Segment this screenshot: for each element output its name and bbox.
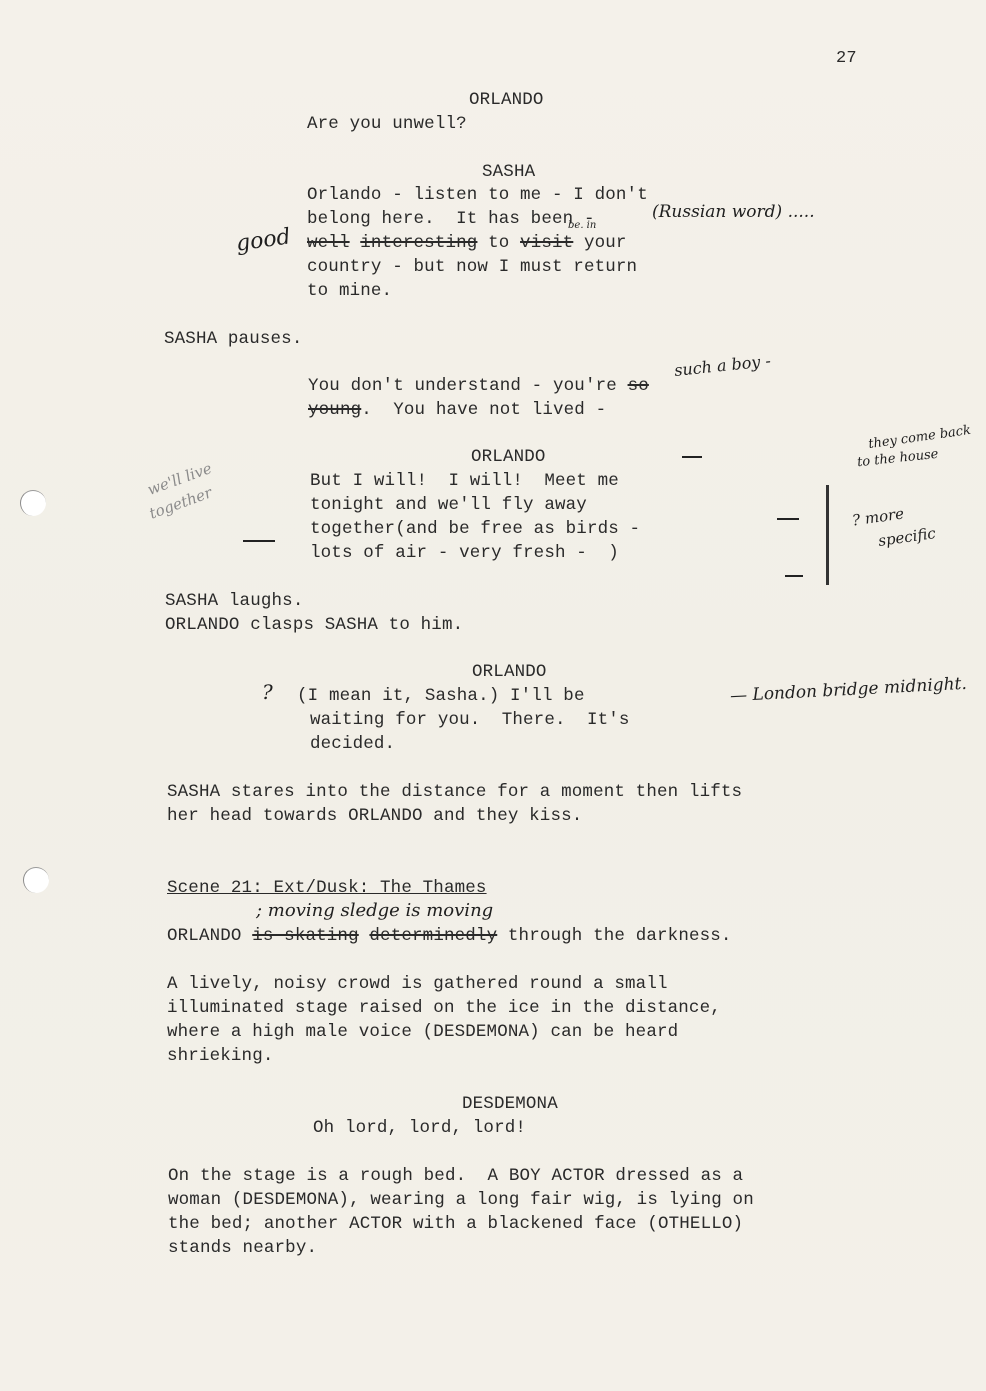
margin-dash xyxy=(243,540,275,542)
action-line: the bed; another ACTOR with a blackened … xyxy=(168,1212,743,1236)
dialogue-line: together(and be free as birds - xyxy=(310,517,640,541)
struck-word: well xyxy=(307,233,350,253)
dialogue-line: country - but now I must return xyxy=(307,255,637,279)
scene-heading: Scene 21: Ext/Dusk: The Thames xyxy=(167,876,487,900)
action-line: her head towards ORLANDO and they kiss. xyxy=(167,804,582,828)
text-fragment: . You have not lived - xyxy=(361,400,606,420)
punch-hole-top xyxy=(20,490,46,516)
action-line: shrieking. xyxy=(167,1044,274,1068)
dialogue-line: Oh lord, lord, lord! xyxy=(313,1116,526,1140)
handwritten-note: be. in xyxy=(568,220,596,231)
action-line: SASHA pauses. xyxy=(164,327,302,351)
struck-word: young xyxy=(308,400,361,420)
text-fragment: You don't understand - you're xyxy=(308,376,628,396)
action-line: illuminated stage raised on the ice in t… xyxy=(167,996,721,1020)
action-line: stands nearby. xyxy=(168,1236,317,1260)
action-line: woman (DESDEMONA), wearing a long fair w… xyxy=(168,1188,754,1212)
struck-word: is skating xyxy=(252,926,359,946)
character-name: DESDEMONA xyxy=(462,1092,558,1116)
dialogue-line: lots of air - very fresh - ) xyxy=(310,541,619,565)
dialogue-line: Are you unwell? xyxy=(307,112,467,136)
dialogue-line: waiting for you. There. It's xyxy=(310,708,630,732)
script-page: 27 ORLANDO Are you unwell? SASHA Orlando… xyxy=(0,0,986,1391)
action-line: On the stage is a rough bed. A BOY ACTOR… xyxy=(168,1164,743,1188)
text-fragment: to xyxy=(477,233,520,253)
handwritten-note: specific xyxy=(877,524,937,550)
handwritten-note: good xyxy=(235,224,293,256)
page-number: 27 xyxy=(836,47,857,71)
character-name: SASHA xyxy=(482,160,535,184)
character-name: ORLANDO xyxy=(471,445,546,469)
margin-squiggle xyxy=(826,485,829,585)
handwritten-note: ? more xyxy=(851,504,905,529)
dialogue-line-edited: young. You have not lived - xyxy=(308,398,606,422)
dialogue-line: to mine. xyxy=(307,279,392,303)
punch-hole-bottom xyxy=(23,867,49,893)
action-line: SASHA laughs. xyxy=(165,589,303,613)
dialogue-line: Orlando - listen to me - I don't xyxy=(307,183,648,207)
action-line-edited: ORLANDO is skating determinedly through … xyxy=(167,924,732,948)
struck-word: interesting xyxy=(360,233,477,253)
text-fragment: your xyxy=(573,233,626,253)
dialogue-line: decided. xyxy=(310,732,395,756)
handwritten-note: ; moving sledge is moving xyxy=(256,900,493,921)
character-name: ORLANDO xyxy=(472,660,547,684)
action-line: A lively, noisy crowd is gathered round … xyxy=(167,972,668,996)
action-line: ORLANDO clasps SASHA to him. xyxy=(165,613,463,637)
text-fragment: ORLANDO xyxy=(167,926,252,946)
handwritten-note: ? xyxy=(262,680,273,704)
dialogue-line-edited: well interesting to visit your xyxy=(307,231,627,255)
text-fragment: through the darkness. xyxy=(497,926,731,946)
handwritten-note: (Russian word) ..... xyxy=(652,202,815,222)
action-line: SASHA stares into the distance for a mom… xyxy=(167,780,742,804)
struck-word: determinedly xyxy=(369,926,497,946)
dialogue-line: belong here. It has been - xyxy=(307,207,595,231)
dialogue-line: tonight and we'll fly away xyxy=(310,493,587,517)
handwritten-note: — London bridge midnight. xyxy=(730,674,968,706)
dialogue-line-edited: You don't understand - you're so xyxy=(308,374,649,398)
margin-dash xyxy=(785,575,803,577)
margin-dash xyxy=(777,518,799,520)
struck-word: visit xyxy=(520,233,573,253)
dialogue-line: (I mean it, Sasha.) I'll be xyxy=(297,684,585,708)
action-line: where a high male voice (DESDEMONA) can … xyxy=(167,1020,678,1044)
character-name: ORLANDO xyxy=(469,88,544,112)
dialogue-line: But I will! I will! Meet me xyxy=(310,469,619,493)
margin-dash xyxy=(682,456,702,458)
struck-word: so xyxy=(628,376,649,396)
handwritten-note: such a boy - xyxy=(673,351,771,380)
